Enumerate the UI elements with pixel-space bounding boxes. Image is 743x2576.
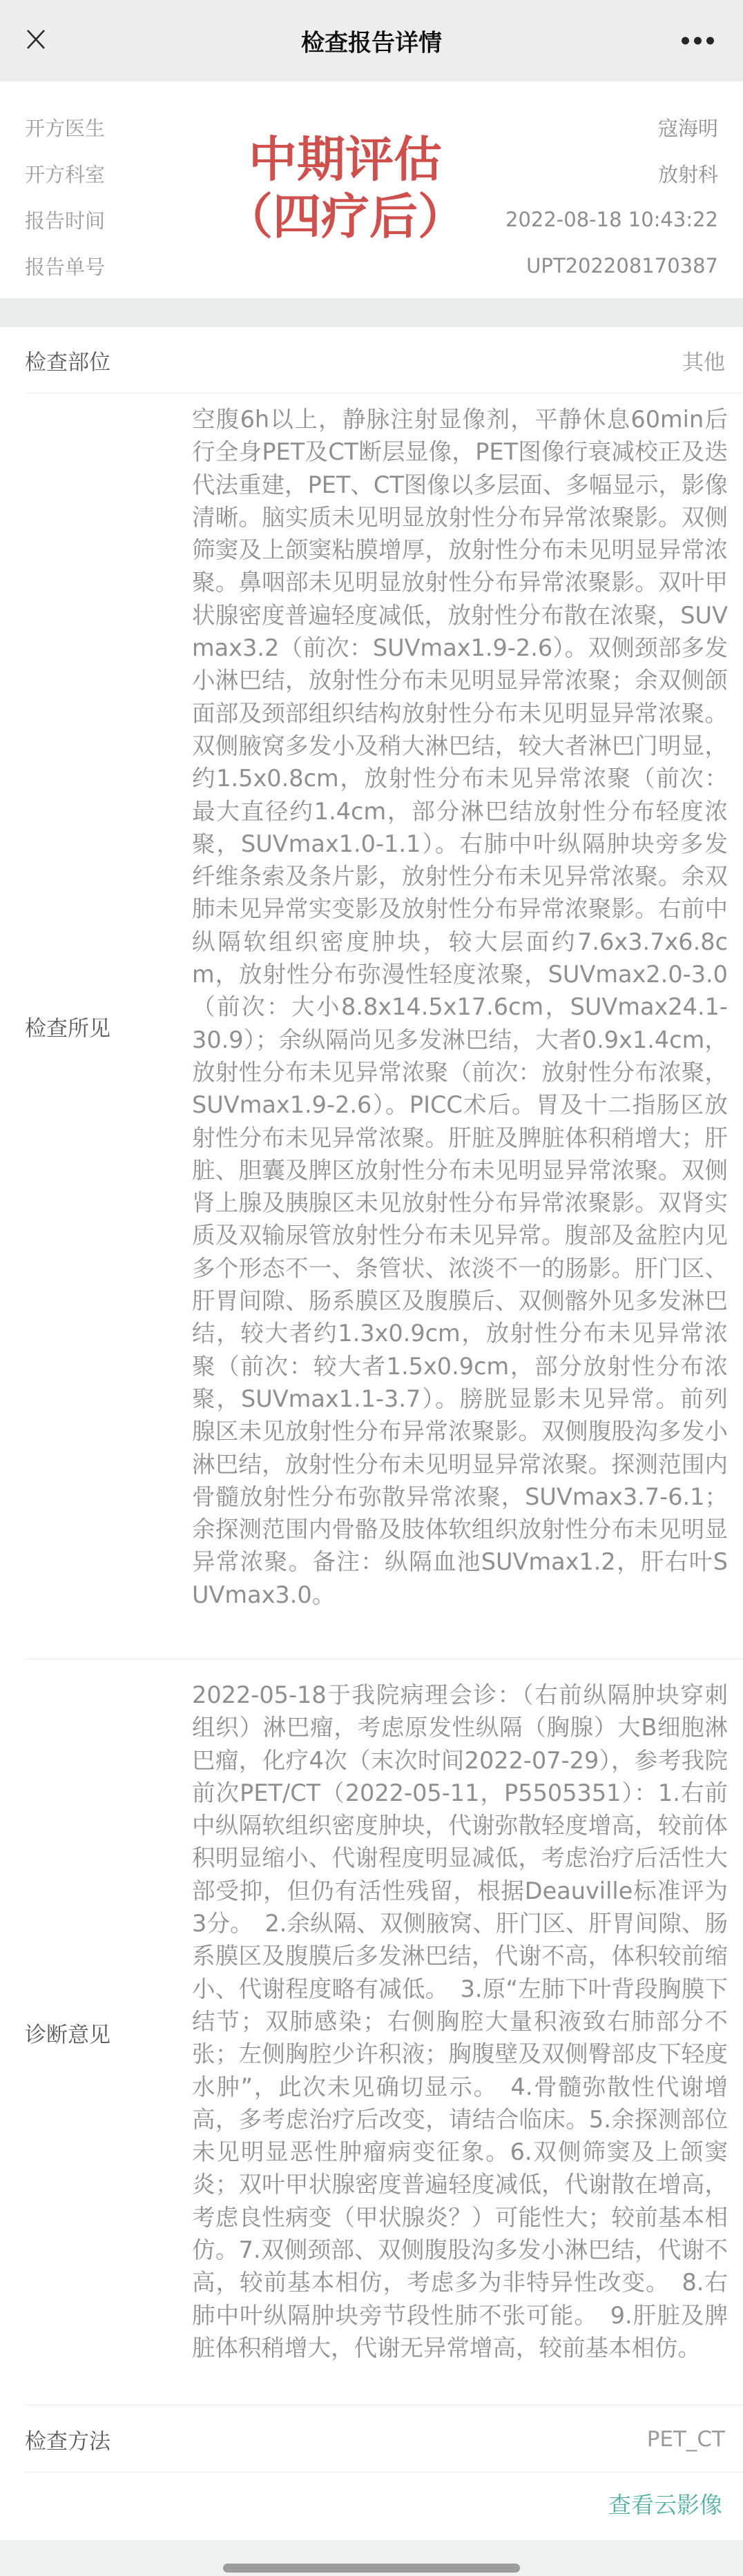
page-title: 检查报告详情 — [301, 24, 442, 58]
view-cloud-image-link[interactable]: 查看云影像 — [608, 2488, 722, 2520]
findings-section: 检查所见 空腹6h以上，静脉注射显像剂，平静休息60min后行全身PET及CT断… — [0, 393, 743, 1659]
exam-method-value: PET_CT — [647, 2427, 725, 2452]
divider-band — [0, 298, 743, 327]
home-indicator-handle[interactable] — [223, 2564, 520, 2573]
report-number-value: UPT202208170387 — [526, 254, 718, 277]
exam-method-label: 检查方法 — [25, 2423, 110, 2455]
close-icon — [23, 27, 48, 55]
doctor-value: 寇海明 — [658, 113, 718, 142]
diagnosis-label: 诊断意见 — [25, 2017, 110, 2048]
findings-text: 空腹6h以上，静脉注射显像剂，平静休息60min后行全身PET及CT断层显像，P… — [192, 403, 728, 1611]
report-detail-page: 检查报告详情 开方医生 寇海明 开方科室 放射科 报告时间 2022-08-18… — [0, 0, 743, 2576]
diagnosis-section: 诊断意见 2022-05-18于我院病理会诊：（右前纵隔肿块穿刺组织）淋巴瘤，考… — [0, 1659, 743, 2406]
department-value: 放射科 — [658, 159, 718, 188]
more-dots-icon — [682, 37, 689, 45]
header-row-report-number: 报告单号 UPT202208170387 — [25, 252, 718, 280]
more-dots-icon — [706, 37, 714, 45]
report-time-label: 报告时间 — [25, 206, 105, 234]
exam-method-row: 检查方法 PET_CT — [0, 2406, 743, 2472]
footer-link-row: 查看云影像 — [0, 2472, 743, 2535]
doctor-label: 开方医生 — [25, 113, 105, 142]
bottom-band — [0, 2540, 743, 2576]
report-header: 开方医生 寇海明 开方科室 放射科 报告时间 2022-08-18 10:43:… — [0, 81, 743, 280]
exam-part-row: 检查部位 其他 — [0, 327, 743, 393]
report-number-label: 报告单号 — [25, 252, 105, 280]
exam-part-label: 检查部位 — [25, 345, 110, 376]
report-time-value: 2022-08-18 10:43:22 — [505, 208, 718, 231]
findings-label: 检查所见 — [25, 1011, 110, 1042]
header-row-report-time: 报告时间 2022-08-18 10:43:22 — [25, 206, 718, 233]
department-label: 开方科室 — [25, 159, 105, 188]
more-button[interactable] — [682, 30, 714, 52]
diagnosis-text: 2022-05-18于我院病理会诊：（右前纵隔肿块穿刺组织）淋巴瘤，考虑原发性纵… — [192, 1679, 728, 2364]
more-dots-icon — [694, 37, 702, 45]
header-row-doctor: 开方医生 寇海明 — [25, 113, 718, 141]
exam-part-value: 其他 — [682, 345, 725, 376]
close-button[interactable] — [22, 27, 50, 55]
navbar: 检查报告详情 — [0, 0, 743, 81]
header-row-department: 开方科室 放射科 — [25, 159, 718, 187]
